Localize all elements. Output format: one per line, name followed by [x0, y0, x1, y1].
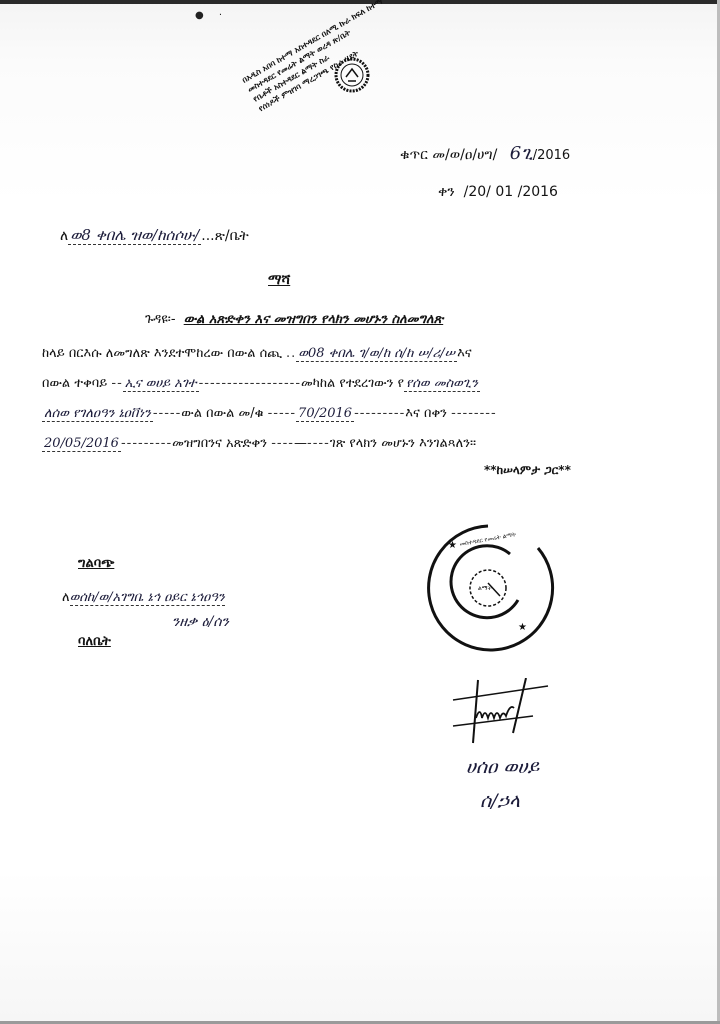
body-line: ከላይ በርእሱ ለመግለጽ እንደተሞከረው በውል ሰጪ ..ወ08 ቀበሌ…	[42, 346, 472, 361]
closing-greeting: **ከሠላምታ ጋር**	[484, 463, 571, 478]
body-text: እና በቀን	[405, 406, 447, 421]
document-date: ቀን /20/ 01 /2016	[438, 184, 558, 200]
date-label: ቀን	[438, 184, 455, 200]
cc-recipient-continued: ንዘቃ ዕ/ሰን	[172, 614, 229, 630]
body-filled-value: 20/05/2016	[42, 436, 121, 452]
date-value: /20/ 01 /2016	[464, 184, 558, 200]
body-line: ለሰወ የገለዐዓን ኔዐቨነን-----ውል በውል መ/ቁ -----70/…	[42, 406, 497, 421]
signatory-title: ሰ/ኃላ	[480, 790, 520, 812]
body-filled-value: 70/2016	[296, 406, 354, 422]
scan-edge-top	[0, 0, 720, 4]
body-text: ውል በውል መ/ቁ	[181, 406, 263, 421]
subject-label: ጉዳዩ፡-	[145, 312, 176, 327]
body-text: ገጽ የላክን መሆኑን እንገልጻለን።	[330, 436, 476, 451]
subject-line: ጉዳዩ፡- ውል አጽድቀን እና መዝግበን የላክን መሆኑን ስለመግለጽ	[145, 312, 443, 327]
body-filled-value: ኢና ወሀይ አገተ	[123, 376, 199, 392]
subject-text: ውል አጽድቀን እና መዝግበን የላክን መሆኑን ስለመግለጽ	[184, 312, 444, 327]
svg-text:★: ★	[518, 622, 527, 633]
svg-text:★: ★	[448, 540, 457, 551]
cc-prefix: ለ	[62, 590, 70, 605]
body-filled-value: ወ08 ቀበሌ ገ/ወ/ከ ሰ/ከ ሠ/ሪ/ሠ	[296, 346, 457, 362]
body-text: በውል ተቀባይ	[42, 376, 107, 391]
owner-label: ባለቤት	[78, 634, 111, 649]
body-text: መዝግበንና አጽድቀን	[172, 436, 267, 451]
body-text: መካከል የተደረገውን የ	[301, 376, 404, 391]
body-filled-value: የሰወ መስወጊን	[404, 376, 480, 392]
body-text: እና	[457, 346, 472, 361]
reference-number: ቁጥር መ/ወ/ዐ/ሀግ/ 6ጊ/2016	[400, 143, 570, 164]
body-text: ከላይ በርእሱ ለመግለጽ እንደተሞከረው በውል ሰጪ	[42, 346, 282, 361]
official-round-stamp-icon: ★ ★ መስተዳደር የመሬት ልማት ልማት	[418, 518, 558, 658]
document-page: ● · በአዲስ አበባ ከተማ አስተዳደር በለሚ ኩራ ክፍለ ከተማ መ…	[0, 0, 720, 1024]
recipient-name: ወ8 ቀበሌ ዝወ/ከሰሶሁ/	[68, 226, 201, 245]
cc-title: ግልባጭ	[78, 556, 114, 571]
body-line: በውል ተቀባይ --ኢና ወሀይ አገተ------------------መ…	[42, 376, 480, 391]
reference-year: /2016	[533, 148, 570, 163]
document-heading: ማሻ	[268, 272, 290, 288]
signatory-name: ሀሰዐ ወሀይ	[466, 756, 539, 778]
body-filled-value: ለሰወ የገለዐዓን ኔዐቨነን	[42, 406, 153, 422]
recipient-suffix: ጽ/ቤት	[215, 228, 249, 244]
reference-code: መ/ወ/ዐ/ሀግ/	[432, 147, 497, 163]
cc-recipient: ወሰከ/ወ/አገግቤ ኔኅ ዐይር ኔኅዐዓን	[70, 590, 225, 606]
signature-icon	[448, 678, 558, 748]
recipient-prefix: ለ	[60, 228, 68, 244]
scan-specks: ● ·	[195, 10, 228, 21]
recipient-line: ለወ8 ቀበሌ ዝወ/ከሰሶሁ/...ጽ/ቤት	[60, 226, 249, 244]
body-filled-value: —	[294, 436, 307, 451]
body-line: 20/05/2016---------መዝግበንና አጽድቀን ----—---…	[42, 436, 476, 451]
reference-handwritten-number: 6ጊ	[510, 143, 533, 164]
reference-label: ቁጥር	[400, 147, 428, 163]
svg-text:ልማት: ልማት	[478, 585, 492, 592]
cc-line: ለወሰከ/ወ/አገግቤ ኔኅ ዐይር ኔኅዐዓን	[62, 590, 225, 605]
